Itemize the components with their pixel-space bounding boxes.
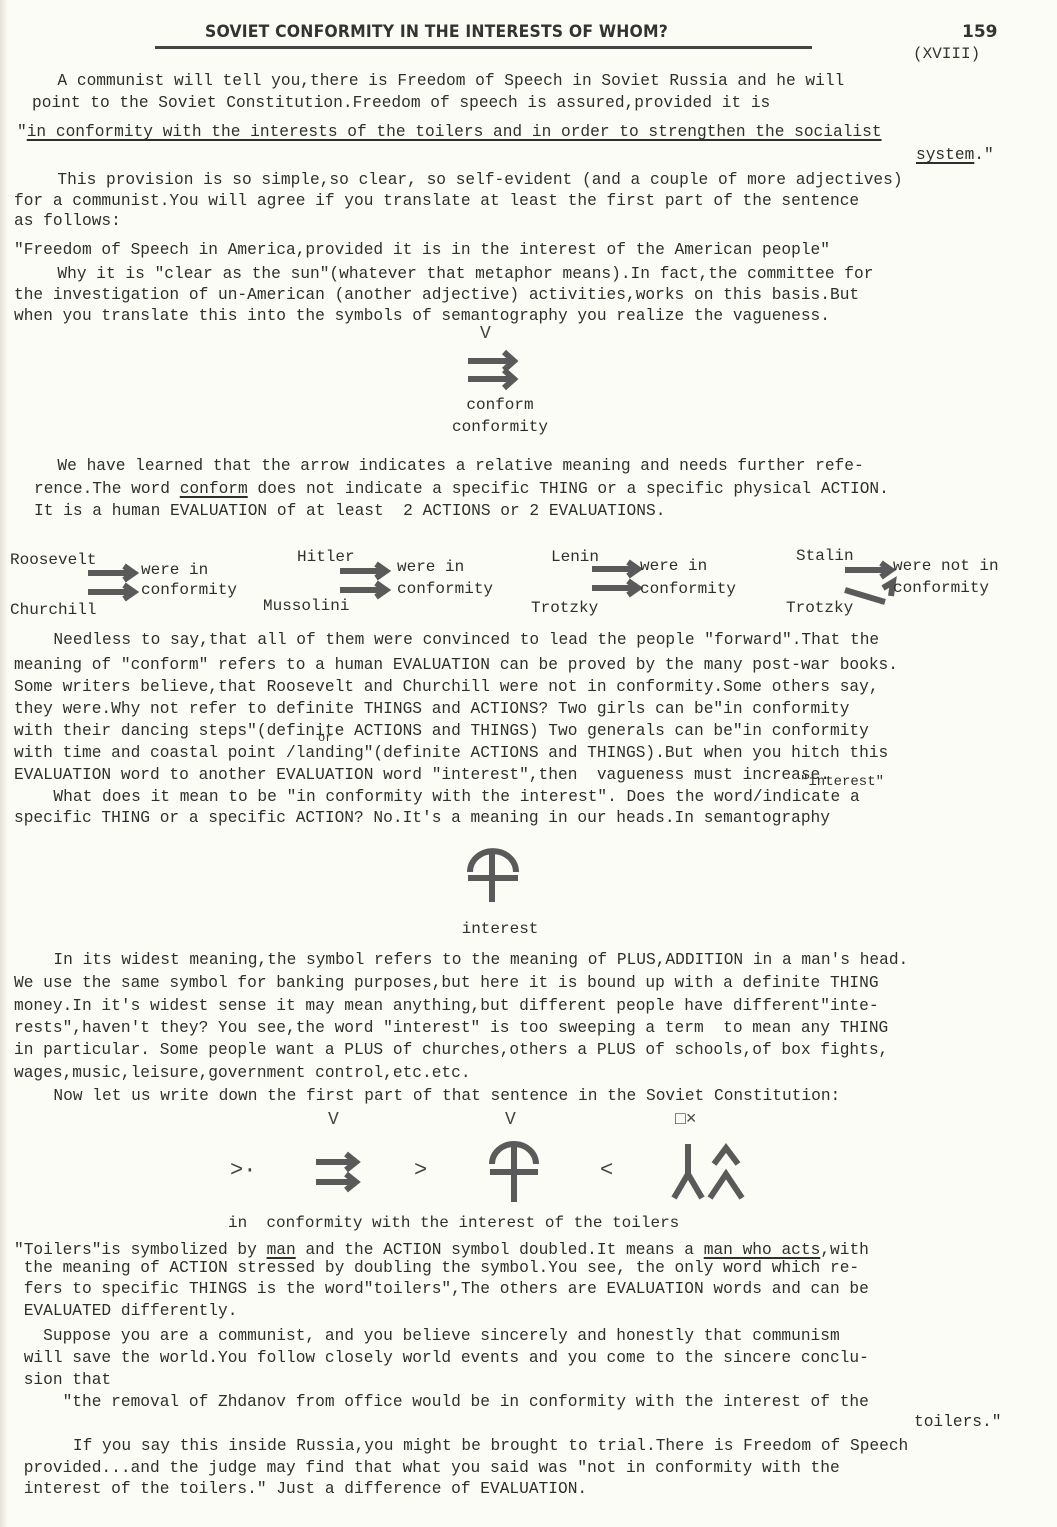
- pair-result: conformity: [640, 580, 736, 598]
- constitution-quote-end: system.": [916, 145, 994, 165]
- page-number: 159: [962, 22, 998, 42]
- text-line: they were.Why not refer to definite THIN…: [14, 699, 849, 719]
- evaluation-mark: V: [328, 1110, 339, 1130]
- text-line: for a communist.You will agree if you tr…: [14, 191, 859, 211]
- text-line: A communist will tell you,there is Freed…: [38, 71, 844, 91]
- text-line: in particular. Some people want a PLUS o…: [14, 1040, 888, 1060]
- quote-text: in conformity with the interests of the …: [27, 123, 882, 141]
- text-line: sion that: [14, 1370, 111, 1390]
- pair-bottom-name: Mussolini: [263, 597, 349, 615]
- text-line: We have learned that the arrow indicates…: [38, 456, 864, 476]
- converging-arrows-icon: [88, 566, 144, 602]
- pair-result: were in: [397, 558, 464, 576]
- text-line: "Freedom of Speech in America,provided i…: [14, 240, 830, 260]
- pair-result: were not in: [893, 557, 999, 575]
- double-arrow-symbol-icon: [316, 1152, 366, 1196]
- text-line: fers to specific THINGS is the word"toil…: [14, 1279, 869, 1299]
- text-line: the meaning of ACTION stressed by doubli…: [14, 1258, 859, 1278]
- thing-action-mark: □×: [675, 1110, 697, 1130]
- pair-top-name: Roosevelt: [10, 551, 96, 569]
- title-underline: [155, 46, 812, 49]
- pair-result: were in: [141, 561, 208, 579]
- converging-arrows-icon: [340, 564, 396, 600]
- pair-bottom-name: Trotzky: [531, 599, 598, 617]
- chapter-number: (XVIII): [913, 45, 980, 63]
- symbol-label: interest: [420, 920, 580, 938]
- interest-symbol-icon: [486, 1140, 542, 1204]
- text-line: rests",haven't they? You see,the word "i…: [14, 1018, 888, 1038]
- constitution-quote: "in conformity with the interests of the…: [17, 122, 882, 142]
- text-line: Now let us write down the first part of …: [34, 1086, 840, 1106]
- text-line: will save the world.You follow closely w…: [14, 1348, 869, 1368]
- text-line: specific THING or a specific ACTION? No.…: [14, 808, 830, 828]
- text-line: "the removal of Zhdanov from office woul…: [14, 1392, 869, 1412]
- text-line: money.In it's widest sense it may mean a…: [14, 996, 879, 1016]
- text-line: It is a human EVALUATION of at least 2 A…: [34, 501, 665, 521]
- symbol-caption: in conformity with the interest of the t…: [228, 1214, 679, 1232]
- evaluation-mark: V: [505, 1110, 516, 1130]
- operator-symbol: >: [414, 1158, 427, 1183]
- text-line: the investigation of un-American (anothe…: [14, 285, 859, 305]
- symbol-label: conform: [430, 396, 570, 414]
- pair-result: conformity: [893, 579, 989, 597]
- text-line: meaning of "conform" refers to a human E…: [14, 655, 898, 675]
- pair-bottom-name: Trotzky: [786, 599, 853, 617]
- text-line: interest of the toilers." Just a differe…: [14, 1479, 587, 1499]
- text-line: toilers.": [914, 1412, 1001, 1432]
- operator-symbol: <: [600, 1158, 613, 1183]
- text-line: Needless to say,that all of them were co…: [34, 630, 879, 650]
- operator-symbol: >·: [230, 1158, 256, 1183]
- page-edge: [0, 0, 8, 1527]
- symbol-label: conformity: [420, 418, 580, 436]
- quote-open: ": [17, 123, 27, 141]
- text-line: when you translate this into the symbols…: [14, 306, 830, 326]
- text-line: If you say this inside Russia,you might …: [34, 1436, 908, 1456]
- text-line: Suppose you are a communist, and you bel…: [14, 1326, 840, 1346]
- pair-result: conformity: [141, 581, 237, 599]
- text-line: provided...and the judge may find that w…: [14, 1458, 840, 1478]
- evaluation-mark: V: [480, 324, 491, 344]
- text-line: Some writers believe,that Roosevelt and …: [14, 677, 879, 697]
- text-line: This provision is so simple,so clear, so…: [38, 170, 903, 190]
- text-line: EVALUATION word to another EVALUATION wo…: [14, 765, 830, 785]
- text-line: with their dancing steps"(definite ACTIO…: [14, 721, 869, 741]
- text-line: In its widest meaning,the symbol refers …: [34, 950, 908, 970]
- text-line: Why it is "clear as the sun"(whatever th…: [38, 264, 873, 284]
- page-title: SOVIET CONFORMITY IN THE INTERESTS OF WH…: [205, 22, 668, 42]
- text-line: with time and coastal point /landing"(de…: [14, 743, 888, 763]
- text-line: wages,music,leisure,government control,e…: [14, 1063, 471, 1083]
- double-arrow-symbol-icon: [466, 350, 526, 392]
- text-line: as follows:: [14, 211, 121, 231]
- text-line: What does it mean to be "in conformity w…: [34, 787, 860, 807]
- interest-symbol-icon: [466, 850, 522, 906]
- text-line: We use the same symbol for banking purpo…: [14, 973, 879, 993]
- text-line: point to the Soviet Constitution.Freedom…: [32, 93, 770, 113]
- pair-result: conformity: [397, 580, 493, 598]
- toilers-symbol-icon: [670, 1142, 746, 1204]
- text-line: "Toilers"is symbolized by man and the AC…: [14, 1240, 869, 1260]
- pair-bottom-name: Churchill: [10, 601, 96, 619]
- text-line: EVALUATED differently.: [14, 1301, 237, 1321]
- text-line: rence.The word conform does not indicate…: [34, 479, 889, 499]
- pair-result: were in: [640, 557, 707, 575]
